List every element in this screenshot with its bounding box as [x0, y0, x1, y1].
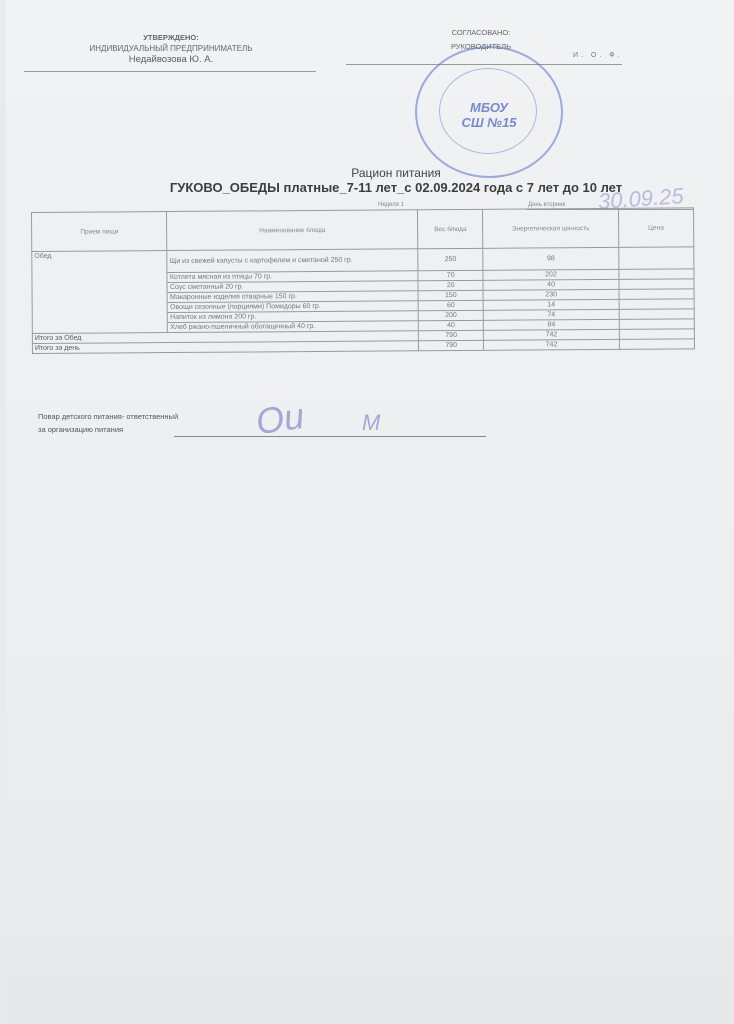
header-dish: Наименование блюда [167, 210, 418, 251]
menu-table: Прием пищи Наименование блюда Вес блюда … [31, 207, 695, 354]
dish-price [619, 289, 694, 300]
dish-price [619, 319, 694, 330]
agreed-label: СОГЛАСОВАНО: [406, 26, 556, 40]
dish-weight: 150 [418, 290, 483, 300]
stamp-line-1: МБОУ [417, 100, 561, 115]
dish-energy: 98 [483, 247, 619, 270]
cook-line-2: за организацию питания [38, 423, 178, 436]
total-label: Итого за день [32, 341, 418, 354]
dish-price [619, 299, 694, 310]
document-page: УТВЕРЖДЕНО: ИНДИВИДУАЛЬНЫЙ ПРЕДПРИНИМАТЕ… [6, 0, 734, 1024]
approved-block: УТВЕРЖДЕНО: ИНДИВИДУАЛЬНЫЙ ПРЕДПРИНИМАТЕ… [26, 32, 316, 65]
approved-position: ИНДИВИДУАЛЬНЫЙ ПРЕДПРИНИМАТЕЛЬ [26, 43, 316, 54]
cook-line-1: Повар детского питания- ответственный [38, 410, 178, 423]
dish-price [619, 279, 694, 290]
handwritten-initials: M [362, 410, 380, 436]
week-label: Неделя 1 [378, 202, 404, 208]
total-weight: 790 [419, 340, 484, 350]
dish-price [619, 269, 694, 280]
dish-weight: 60 [418, 300, 483, 310]
dish-name: Щи из свежей капусты с картофелем и смет… [167, 249, 418, 273]
handwritten-signature: Ou [253, 395, 306, 443]
total-weight: 790 [418, 330, 483, 340]
dish-price [619, 247, 694, 270]
cook-signature-line [174, 436, 486, 437]
cook-responsible: Повар детского питания- ответственный за… [38, 410, 178, 436]
dish-weight: 200 [418, 310, 483, 320]
table-header-row: Прием пищи Наименование блюда Вес блюда … [32, 208, 694, 252]
header-price: Цена [618, 208, 694, 248]
school-stamp: МБОУ СШ №15 [415, 46, 563, 178]
approved-signature-line [24, 71, 316, 72]
agreed-fio: И. О. Ф. [573, 52, 623, 59]
total-energy: 742 [484, 339, 619, 350]
header-energy: Энергетическая ценность [483, 208, 619, 248]
meal-cell: Обед [32, 251, 168, 334]
day-label: День вторник [528, 202, 565, 208]
header-weight: Вес блюда [418, 209, 483, 248]
total-price [619, 329, 694, 340]
document-title: Рацион питания [66, 166, 726, 180]
dish-weight: 20 [418, 280, 483, 290]
approved-name: Недайвозова Ю. А. [26, 54, 316, 65]
header-meal: Прием пищи [32, 212, 168, 252]
stamp-line-2: СШ №15 [417, 115, 561, 130]
approved-label: УТВЕРЖДЕНО: [26, 32, 316, 43]
dish-price [619, 309, 694, 320]
total-price [619, 339, 694, 350]
dish-weight: 70 [418, 270, 483, 280]
dish-weight: 250 [418, 248, 483, 270]
dish-weight: 40 [418, 320, 483, 330]
